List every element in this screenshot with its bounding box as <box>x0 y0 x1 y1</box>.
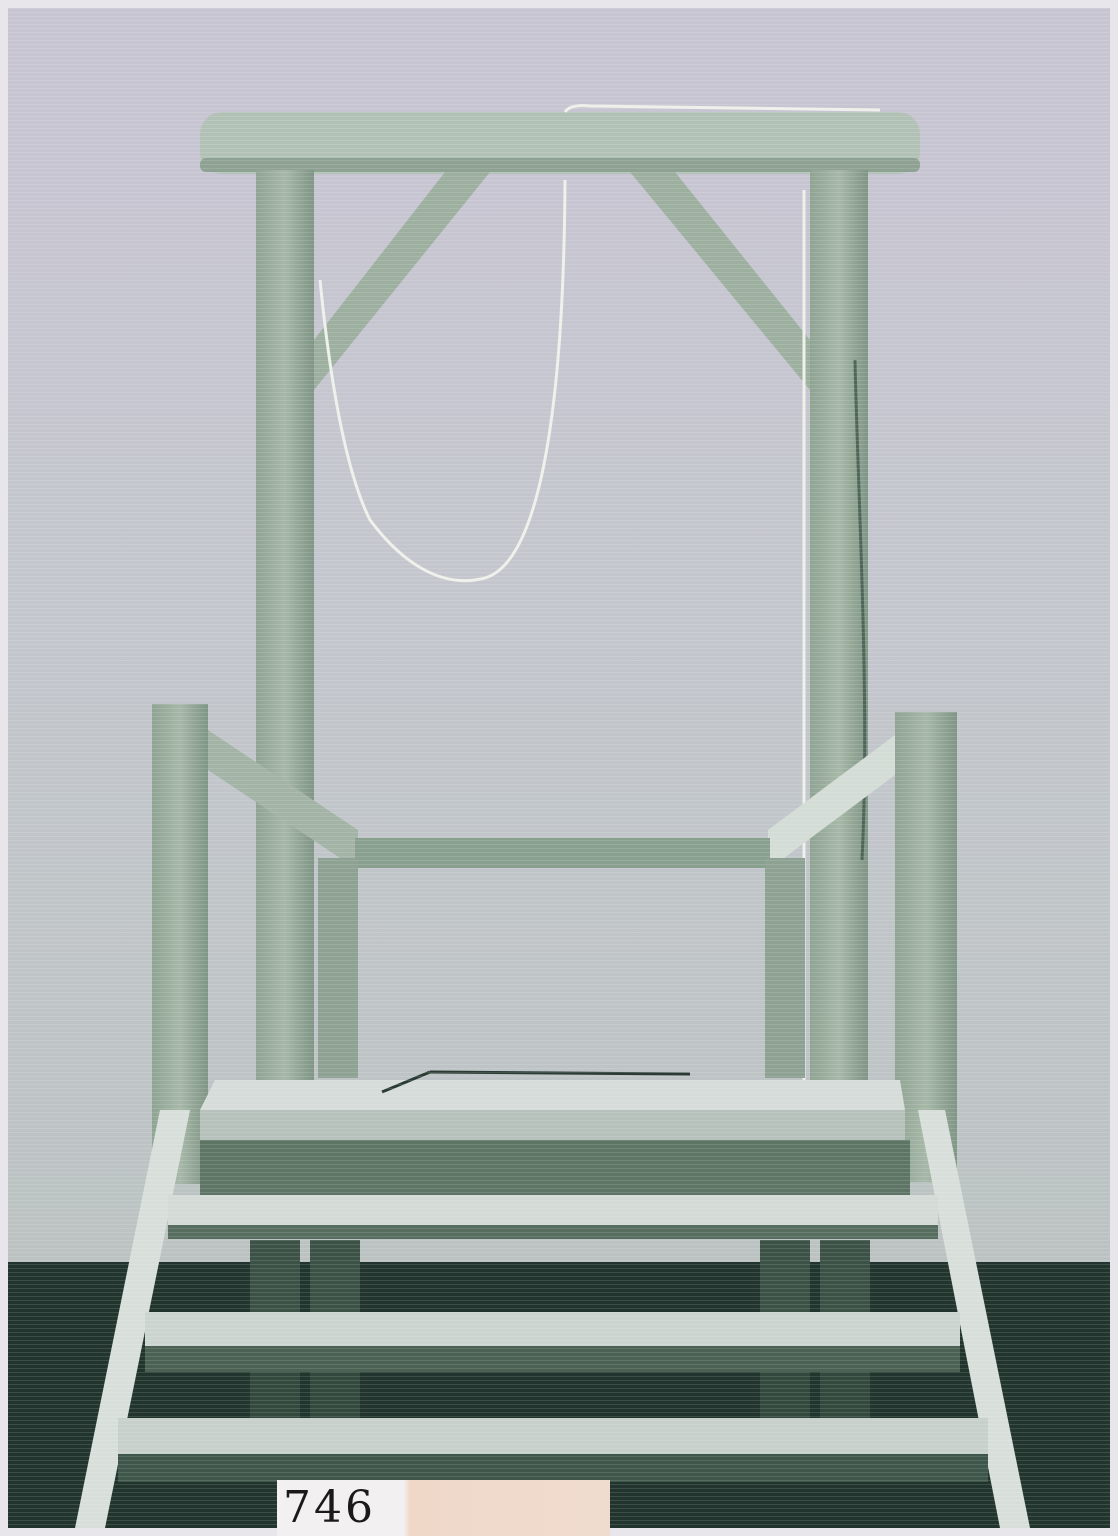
catalog-number: 746 <box>283 1482 376 1534</box>
gallows-painting <box>0 0 1118 1536</box>
catalog-label: 746 <box>277 1480 610 1536</box>
